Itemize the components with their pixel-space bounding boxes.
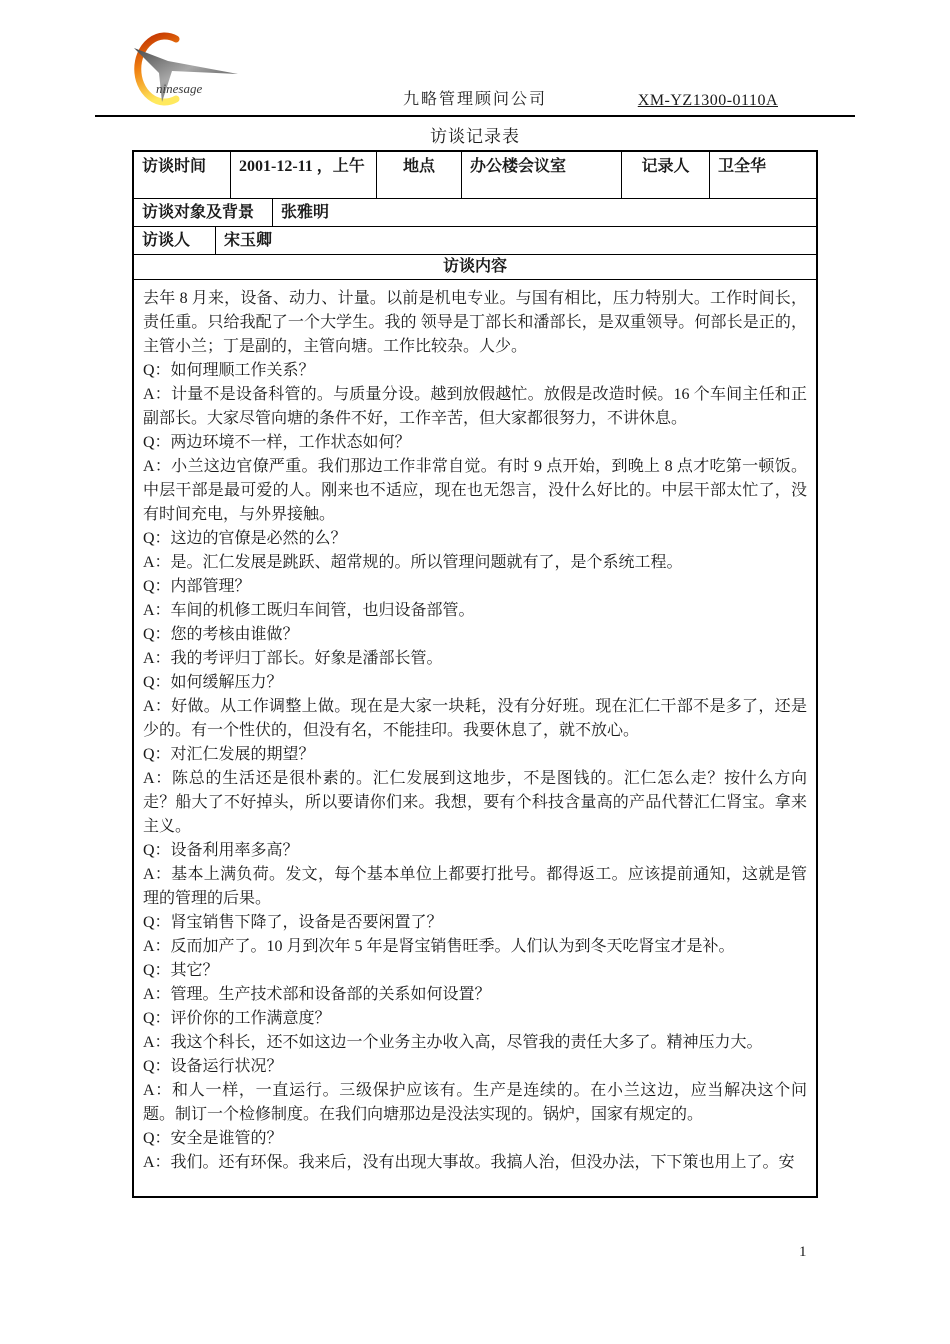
location-label: 地点 bbox=[377, 152, 462, 198]
interview-paragraph: Q：对汇仁发展的期望？ bbox=[143, 743, 807, 767]
recorder-value: 卫全华 bbox=[710, 152, 816, 198]
table-row-content: 去年 8 月来，设备、动力、计量。以前是机电专业。与国有相比，压力特别大。工作时… bbox=[134, 280, 816, 1196]
document-code: XM-YZ1300-0110A bbox=[638, 92, 778, 110]
location-value: 办公楼会议室 bbox=[462, 152, 622, 198]
interview-paragraph: Q：其它？ bbox=[143, 959, 807, 983]
interview-paragraph: A：我们。还有环保。我来后，没有出现大事故。我搞人治，但没办法，下下策也用上了。… bbox=[143, 1151, 807, 1175]
interviewer-label: 访谈人 bbox=[134, 227, 216, 254]
document-page: ninesage 九略管理顾问公司 XM-YZ1300-0110A 访谈记录表 … bbox=[0, 0, 950, 1344]
interview-paragraph: A：管理。生产技术部和设备部的关系如何设置？ bbox=[143, 983, 807, 1007]
interview-paragraph: Q：安全是谁管的？ bbox=[143, 1127, 807, 1151]
page-title: 访谈记录表 bbox=[0, 122, 950, 147]
table-row-meta: 访谈时间 2001-12-11 ，上午 地点 办公楼会议室 记录人 卫全华 bbox=[134, 152, 816, 199]
interview-paragraph: Q：如何理顺工作关系？ bbox=[143, 359, 807, 383]
interview-paragraph: A：我这个科长，还不如这边一个业务主办收入高，尽管我的责任大多了。精神压力大。 bbox=[143, 1031, 807, 1055]
interview-paragraph: Q：内部管理？ bbox=[143, 575, 807, 599]
subject-label: 访谈对象及背景 bbox=[134, 199, 273, 226]
interview-paragraph: A：我的考评归丁部长。好象是潘部长管。 bbox=[143, 647, 807, 671]
interview-paragraph: A：车间的机修工既归车间管，也归设备部管。 bbox=[143, 599, 807, 623]
interview-paragraph: A：是。汇仁发展是跳跃、超常规的。所以管理问题就有了，是个系统工程。 bbox=[143, 551, 807, 575]
interview-paragraph: Q：如何缓解压力？ bbox=[143, 671, 807, 695]
page-number: 1 bbox=[799, 1244, 807, 1261]
content-header: 访谈内容 bbox=[134, 255, 816, 279]
interview-paragraph: A：反而加产了。10 月到次年 5 年是肾宝销售旺季。人们认为到冬天吃肾宝才是补… bbox=[143, 935, 807, 959]
interviewer-value: 宋玉卿 bbox=[216, 227, 816, 254]
table-row-interviewer: 访谈人 宋玉卿 bbox=[134, 227, 816, 255]
interview-time-value: 2001-12-11 ，上午 bbox=[231, 152, 377, 198]
table-row-content-header: 访谈内容 bbox=[134, 255, 816, 280]
interview-paragraph: A：和人一样，一直运行。三级保护应该有。生产是连续的。在小兰这边，应当解决这个问… bbox=[143, 1079, 807, 1127]
interview-record-table: 访谈时间 2001-12-11 ，上午 地点 办公楼会议室 记录人 卫全华 访谈… bbox=[132, 150, 818, 1198]
interview-paragraph: A：计量不是设备科管的。与质量分设。越到放假越忙。放假是改造时候。16 个车间主… bbox=[143, 383, 807, 431]
interview-paragraph: A：陈总的生活还是很朴素的。汇仁发展到这地步，不是图钱的。汇仁怎么走？按什么方向… bbox=[143, 767, 807, 839]
interview-paragraph: A：好做。从工作调整上做。现在是大家一块耗，没有分好班。现在汇仁干部不是多了，还… bbox=[143, 695, 807, 743]
interview-paragraph: Q：两边环境不一样，工作状态如何？ bbox=[143, 431, 807, 455]
subject-value: 张雅明 bbox=[273, 199, 816, 226]
interview-paragraph: A：小兰这边官僚严重。我们那边工作非常自觉。有时 9 点开始，到晚上 8 点才吃… bbox=[143, 455, 807, 527]
header-divider bbox=[95, 115, 855, 117]
interview-paragraph: 去年 8 月来，设备、动力、计量。以前是机电专业。与国有相比，压力特别大。工作时… bbox=[143, 287, 807, 359]
interview-paragraph: Q：设备利用率多高？ bbox=[143, 839, 807, 863]
interview-paragraph: Q：肾宝销售下降了，设备是否要闲置了？ bbox=[143, 911, 807, 935]
interview-paragraph: Q：您的考核由谁做？ bbox=[143, 623, 807, 647]
interview-paragraph: Q：这边的官僚是必然的么？ bbox=[143, 527, 807, 551]
company-name: 九略管理顾问公司 bbox=[0, 86, 950, 109]
interview-paragraph: A：基本上满负荷。发文，每个基本单位上都要打批号。都得返工。应该提前通知，这就是… bbox=[143, 863, 807, 911]
interview-paragraph: Q：设备运行状况？ bbox=[143, 1055, 807, 1079]
recorder-label: 记录人 bbox=[622, 152, 710, 198]
table-row-subject: 访谈对象及背景 张雅明 bbox=[134, 199, 816, 227]
interview-paragraph: Q：评价你的工作满意度？ bbox=[143, 1007, 807, 1031]
interview-time-label: 访谈时间 bbox=[134, 152, 231, 198]
interview-content: 去年 8 月来，设备、动力、计量。以前是机电专业。与国有相比，压力特别大。工作时… bbox=[134, 280, 816, 1196]
